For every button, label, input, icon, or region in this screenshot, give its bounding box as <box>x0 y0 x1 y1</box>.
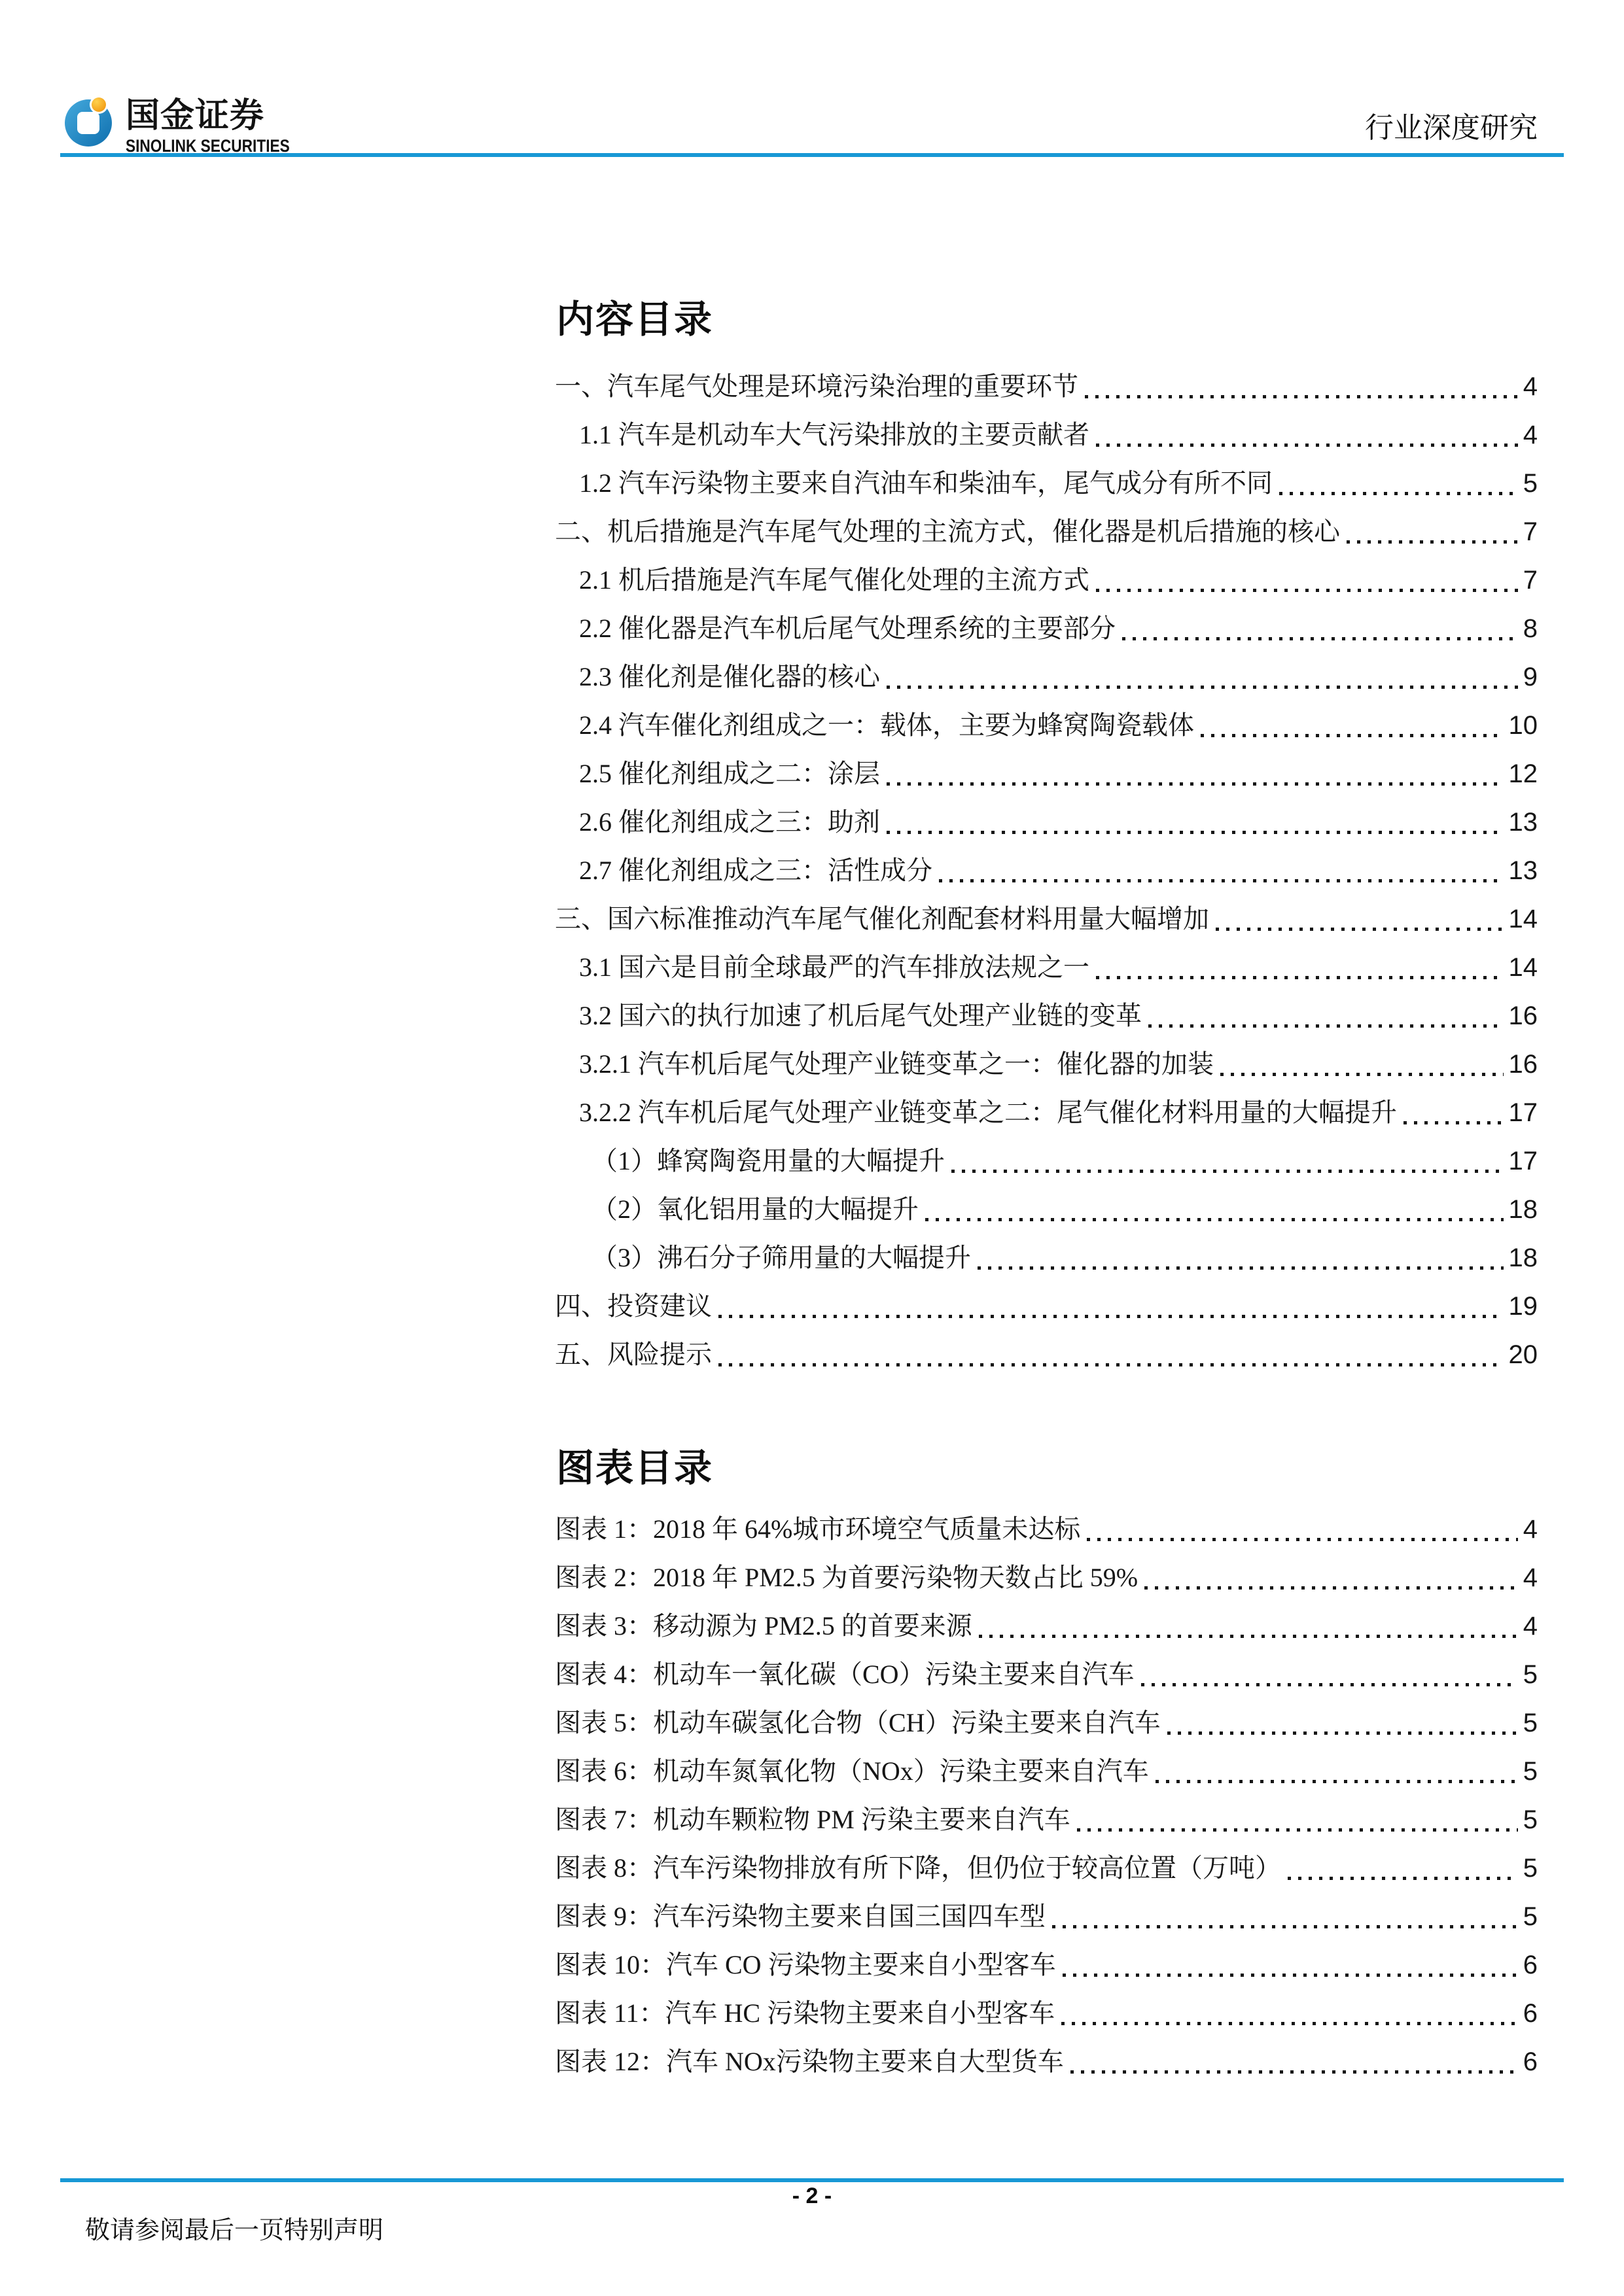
toc-entry: 三、国六标准推动汽车尾气催化剂配套材料用量大幅增加14 <box>555 895 1538 943</box>
dot-leader <box>887 686 1518 689</box>
figure-entry: 图表 2：2018 年 PM2.5 为首要污染物天数占比 59%4 <box>555 1554 1538 1602</box>
dot-leader <box>887 831 1504 834</box>
toc-entry-label: 2.4 汽车催化剂组成之一：载体，主要为蜂窝陶瓷载体 <box>579 701 1194 750</box>
dot-leader <box>1052 1925 1518 1928</box>
figure-entry-page: 5 <box>1523 1892 1538 1941</box>
dot-leader <box>1061 2022 1518 2025</box>
dot-leader <box>1070 2070 1518 2074</box>
toc-entry-label: 四、投资建议 <box>555 1282 712 1331</box>
dot-leader <box>1141 1683 1518 1686</box>
toc-entry-page: 14 <box>1509 895 1538 943</box>
figure-entry: 图表 9：汽车污染物主要来自国三国四车型5 <box>555 1892 1538 1941</box>
figure-entry-page: 5 <box>1523 1796 1538 1844</box>
toc-entry-page: 7 <box>1523 556 1538 604</box>
dot-leader <box>951 1170 1504 1173</box>
dot-leader <box>1096 976 1504 979</box>
toc-entry-page: 16 <box>1509 1040 1538 1088</box>
figure-entry-label: 图表 1：2018 年 64%城市环境空气质量未达标 <box>555 1505 1080 1554</box>
figure-entry-page: 5 <box>1523 1650 1538 1699</box>
toc-entry-label: 1.1 汽车是机动车大气污染排放的主要贡献者 <box>579 411 1089 459</box>
toc-entry-page: 9 <box>1523 653 1538 701</box>
toc-list: 一、汽车尾气处理是环境污染治理的重要环节41.1 汽车是机动车大气污染排放的主要… <box>555 362 1538 1379</box>
toc-entry-page: 13 <box>1509 798 1538 846</box>
toc-entry-page: 14 <box>1509 943 1538 992</box>
toc-entry: 3.1 国六是目前全球最严的汽车排放法规之一14 <box>555 943 1538 992</box>
figure-entry: 图表 8：汽车污染物排放有所下降，但仍位于较高位置（万吨）5 <box>555 1844 1538 1892</box>
toc-entry: （2）氧化铝用量的大幅提升18 <box>555 1185 1538 1234</box>
toc-entry: 2.1 机后措施是汽车尾气催化处理的主流方式7 <box>555 556 1538 604</box>
toc-entry: 四、投资建议19 <box>555 1282 1538 1331</box>
figure-entry-page: 4 <box>1523 1554 1538 1602</box>
toc-entry-page: 4 <box>1523 362 1538 411</box>
figure-entry-label: 图表 9：汽车污染物主要来自国三国四车型 <box>555 1892 1046 1941</box>
dot-leader <box>1096 444 1518 447</box>
toc-entry: 五、风险提示20 <box>555 1331 1538 1379</box>
toc-entry: 1.1 汽车是机动车大气污染排放的主要贡献者4 <box>555 411 1538 459</box>
toc-entry-label: 2.3 催化剂是催化器的核心 <box>579 653 880 701</box>
toc-entry-label: 2.6 催化剂组成之三：助剂 <box>579 798 880 846</box>
dot-leader <box>1122 637 1518 640</box>
toc-entry-label: 2.5 催化剂组成之二：涂层 <box>579 750 880 798</box>
toc-entry-page: 5 <box>1523 459 1538 508</box>
header-divider <box>60 153 1564 157</box>
toc-entry: 2.6 催化剂组成之三：助剂13 <box>555 798 1538 846</box>
figure-entry-page: 6 <box>1523 1941 1538 1989</box>
toc-entry-label: 二、机后措施是汽车尾气处理的主流方式，催化器是机后措施的核心 <box>555 508 1340 556</box>
toc-entry-page: 20 <box>1509 1331 1538 1379</box>
figure-entry-label: 图表 5：机动车碳氢化合物（CH）污染主要来自汽车 <box>555 1699 1161 1747</box>
dot-leader <box>1087 1538 1517 1541</box>
figure-entry-label: 图表 12：汽车 NOx污染物主要来自大型货车 <box>555 2038 1064 2086</box>
figure-entry: 图表 1：2018 年 64%城市环境空气质量未达标4 <box>555 1505 1538 1554</box>
toc-entry-label: 一、汽车尾气处理是环境污染治理的重要环节 <box>555 362 1078 411</box>
toc-entry-page: 16 <box>1509 992 1538 1040</box>
figure-entry-label: 图表 11：汽车 HC 污染物主要来自小型客车 <box>555 1989 1055 2038</box>
figure-entry: 图表 3：移动源为 PM2.5 的首要来源4 <box>555 1602 1538 1650</box>
figure-entry-label: 图表 8：汽车污染物排放有所下降，但仍位于较高位置（万吨） <box>555 1844 1281 1892</box>
figure-entry: 图表 4：机动车一氧化碳（CO）污染主要来自汽车5 <box>555 1650 1538 1699</box>
figure-entry-page: 4 <box>1523 1602 1538 1650</box>
toc-entry-label: 三、国六标准推动汽车尾气催化剂配套材料用量大幅增加 <box>555 895 1209 943</box>
figure-entry-label: 图表 3：移动源为 PM2.5 的首要来源 <box>555 1602 972 1650</box>
toc-entry-label: 2.1 机后措施是汽车尾气催化处理的主流方式 <box>579 556 1089 604</box>
toc-entry: 2.2 催化器是汽车机后尾气处理系统的主要部分8 <box>555 604 1538 653</box>
dot-leader <box>1096 589 1518 592</box>
toc-entry-page: 19 <box>1509 1282 1538 1331</box>
toc-entry-label: 五、风险提示 <box>555 1331 712 1379</box>
figure-entry: 图表 7：机动车颗粒物 PM 污染主要来自汽车5 <box>555 1796 1538 1844</box>
dot-leader <box>1216 928 1504 931</box>
toc-entry-page: 18 <box>1509 1234 1538 1282</box>
dot-leader <box>887 782 1504 786</box>
toc-entry: 2.3 催化剂是催化器的核心9 <box>555 653 1538 701</box>
figure-entry: 图表 6：机动车氮氧化物（NOx）污染主要来自汽车5 <box>555 1747 1538 1796</box>
figure-entry-page: 5 <box>1523 1699 1538 1747</box>
toc-entry-page: 8 <box>1523 604 1538 653</box>
toc-entry-label: 2.7 催化剂组成之三：活性成分 <box>579 846 932 895</box>
toc-entry-page: 4 <box>1523 411 1538 459</box>
toc-entry-page: 17 <box>1509 1137 1538 1185</box>
dot-leader <box>1156 1780 1518 1783</box>
dot-leader <box>979 1635 1518 1638</box>
figure-entry-label: 图表 4：机动车一氧化碳（CO）污染主要来自汽车 <box>555 1650 1135 1699</box>
sinolink-logo: 国金证券 SINOLINK SECURITIES <box>64 94 321 156</box>
figure-entry-page: 5 <box>1523 1747 1538 1796</box>
dot-leader <box>1085 395 1518 398</box>
dot-leader <box>1220 1073 1504 1076</box>
dot-leader <box>718 1363 1504 1366</box>
toc-entry-page: 7 <box>1523 508 1538 556</box>
dot-leader <box>1077 1828 1518 1832</box>
figure-entry: 图表 10：汽车 CO 污染物主要来自小型客车6 <box>555 1941 1538 1989</box>
dot-leader <box>1347 540 1518 544</box>
brand-name-cn: 国金证券 <box>126 99 321 133</box>
figures-list: 图表 1：2018 年 64%城市环境空气质量未达标4图表 2：2018 年 P… <box>555 1505 1538 2086</box>
report-type-label: 行业深度研究 <box>1365 113 1538 144</box>
report-page: 国金证券 SINOLINK SECURITIES 行业深度研究 内容目录 一、汽… <box>0 0 1624 2296</box>
dot-leader <box>1201 734 1504 737</box>
toc-entry-page: 13 <box>1509 846 1538 895</box>
figure-entry-label: 图表 6：机动车氮氧化物（NOx）污染主要来自汽车 <box>555 1747 1149 1796</box>
toc-entry-label: （2）氧化铝用量的大幅提升 <box>591 1185 919 1234</box>
dot-leader <box>718 1315 1504 1318</box>
toc-entry: 一、汽车尾气处理是环境污染治理的重要环节4 <box>555 362 1538 411</box>
toc-entry-label: 3.2.2 汽车机后尾气处理产业链变革之二：尾气催化材料用量的大幅提升 <box>579 1088 1397 1137</box>
figure-entry-page: 5 <box>1523 1844 1538 1892</box>
toc-entry-page: 12 <box>1509 750 1538 798</box>
toc-entry-page: 17 <box>1509 1088 1538 1137</box>
dot-leader <box>1279 492 1518 495</box>
sinolink-logo-icon <box>64 94 114 148</box>
dot-leader <box>1063 1974 1518 1977</box>
dot-leader <box>939 879 1504 882</box>
toc-entry-label: 3.1 国六是目前全球最严的汽车排放法规之一 <box>579 943 1089 992</box>
toc-entry: 3.2.1 汽车机后尾气处理产业链变革之一：催化器的加装16 <box>555 1040 1538 1088</box>
toc-title: 内容目录 <box>556 301 713 339</box>
toc-entry: 3.2 国六的执行加速了机后尾气处理产业链的变革16 <box>555 992 1538 1040</box>
toc-entry-page: 18 <box>1509 1185 1538 1234</box>
toc-entry-page: 10 <box>1509 701 1538 750</box>
footer-disclaimer: 敬请参阅最后一页特别声明 <box>85 2210 383 2246</box>
brand-text: 国金证券 SINOLINK SECURITIES <box>126 94 321 156</box>
toc-entry: 二、机后措施是汽车尾气处理的主流方式，催化器是机后措施的核心7 <box>555 508 1538 556</box>
dot-leader <box>1403 1121 1504 1124</box>
dot-leader <box>925 1218 1504 1221</box>
footer-divider <box>60 2178 1564 2182</box>
dot-leader <box>1144 1586 1518 1590</box>
figure-entry: 图表 5：机动车碳氢化合物（CH）污染主要来自汽车5 <box>555 1699 1538 1747</box>
figure-entry-label: 图表 10：汽车 CO 污染物主要来自小型客车 <box>555 1941 1056 1989</box>
toc-entry-label: 1.2 汽车污染物主要来自汽油车和柴油车，尾气成分有所不同 <box>579 459 1273 508</box>
toc-entry: （3）沸石分子筛用量的大幅提升18 <box>555 1234 1538 1282</box>
figures-title: 图表目录 <box>556 1450 713 1487</box>
toc-entry: 1.2 汽车污染物主要来自汽油车和柴油车，尾气成分有所不同5 <box>555 459 1538 508</box>
figure-entry-page: 6 <box>1523 2038 1538 2086</box>
page-number: - 2 - <box>0 2183 1624 2209</box>
toc-entry: 2.7 催化剂组成之三：活性成分13 <box>555 846 1538 895</box>
dot-leader <box>978 1266 1504 1270</box>
dot-leader <box>1148 1024 1504 1028</box>
toc-entry-label: 3.2.1 汽车机后尾气处理产业链变革之一：催化器的加装 <box>579 1040 1214 1088</box>
figure-entry-label: 图表 7：机动车颗粒物 PM 污染主要来自汽车 <box>555 1796 1070 1844</box>
toc-entry: 2.4 汽车催化剂组成之一：载体，主要为蜂窝陶瓷载体10 <box>555 701 1538 750</box>
toc-entry: 3.2.2 汽车机后尾气处理产业链变革之二：尾气催化材料用量的大幅提升17 <box>555 1088 1538 1137</box>
toc-entry: （1）蜂窝陶瓷用量的大幅提升17 <box>555 1137 1538 1185</box>
figure-entry: 图表 11：汽车 HC 污染物主要来自小型客车6 <box>555 1989 1538 2038</box>
figure-entry-page: 6 <box>1523 1989 1538 2038</box>
toc-entry-label: 2.2 催化器是汽车机后尾气处理系统的主要部分 <box>579 604 1116 653</box>
toc-entry: 2.5 催化剂组成之二：涂层12 <box>555 750 1538 798</box>
toc-entry-label: （3）沸石分子筛用量的大幅提升 <box>591 1234 971 1282</box>
figure-entry-page: 4 <box>1523 1505 1538 1554</box>
toc-entry-label: （1）蜂窝陶瓷用量的大幅提升 <box>591 1137 945 1185</box>
figure-entry-label: 图表 2：2018 年 PM2.5 为首要污染物天数占比 59% <box>555 1554 1138 1602</box>
dot-leader <box>1167 1731 1518 1735</box>
figure-entry: 图表 12：汽车 NOx污染物主要来自大型货车6 <box>555 2038 1538 2086</box>
toc-entry-label: 3.2 国六的执行加速了机后尾气处理产业链的变革 <box>579 992 1142 1040</box>
dot-leader <box>1288 1877 1518 1880</box>
